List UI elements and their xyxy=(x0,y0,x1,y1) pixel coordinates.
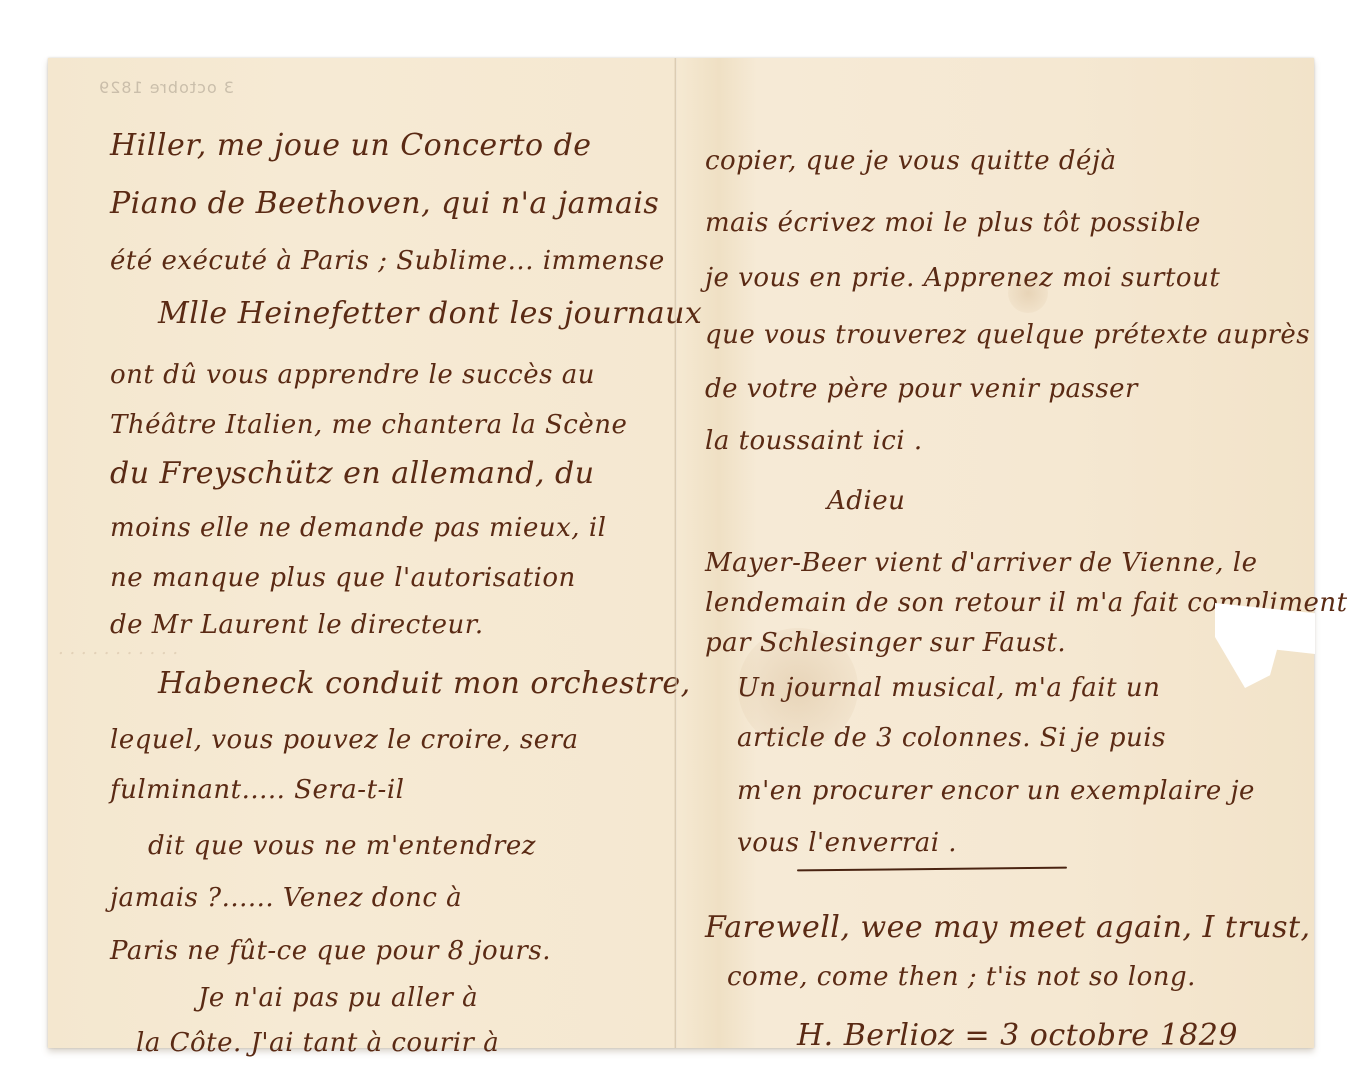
letter-line: Piano de Beethoven, qui n'a jamais xyxy=(110,186,659,221)
letter-line: été exécuté à Paris ; Sublime... immense xyxy=(110,246,665,276)
letter-line: ne manque plus que l'autorisation xyxy=(110,563,576,593)
bleed-through-text: . . . . . . . . . . . xyxy=(58,638,178,659)
letter-line: Théâtre Italien, me chantera la Scène xyxy=(110,410,627,440)
letter-line: par Schlesinger sur Faust. xyxy=(705,628,1066,658)
letter-line: copier, que je vous quitte déjà xyxy=(705,146,1116,176)
letter-line: de votre père pour venir passer xyxy=(705,374,1138,404)
letter-sheet: 3 octobre 1829 . . . . . . . . . . . Hil… xyxy=(48,58,1314,1048)
postscript-line: come, come then ; t'is not so long. xyxy=(727,962,1196,992)
letter-line: que vous trouverez quelque prétexte aupr… xyxy=(705,320,1310,350)
signature-date: H. Berlioz = 3 octobre 1829 xyxy=(797,1018,1238,1053)
letter-line: dit que vous ne m'entendrez xyxy=(148,831,536,861)
letter-line: la Côte. J'ai tant à courir à xyxy=(136,1028,499,1058)
letter-line: jamais ?...... Venez donc à xyxy=(110,883,462,913)
letter-line: la toussaint ici . xyxy=(705,426,923,456)
letter-line: Mayer-Beer vient d'arriver de Vienne, le xyxy=(705,548,1258,578)
letter-line: moins elle ne demande pas mieux, il xyxy=(110,513,606,543)
letter-line: article de 3 colonnes. Si je puis xyxy=(737,723,1166,753)
letter-line: lequel, vous pouvez le croire, sera xyxy=(110,725,579,755)
letter-line: Un journal musical, m'a fait un xyxy=(737,673,1160,703)
letter-line: ont dû vous apprendre le succès au xyxy=(110,360,595,390)
letter-line: Habeneck conduit mon orchestre, xyxy=(158,666,691,701)
left-page: 3 octobre 1829 . . . . . . . . . . . Hil… xyxy=(48,58,674,1048)
letter-line: vous l'enverrai . xyxy=(737,828,957,858)
letter-line: Hiller, me joue un Concerto de xyxy=(110,128,592,163)
letter-line: m'en procurer encor un exemplaire je xyxy=(737,776,1255,806)
right-page: copier, que je vous quitte déjà mais écr… xyxy=(677,58,1314,1048)
adieu-line: Adieu xyxy=(827,486,905,516)
letter-line: je vous en prie. Apprenez moi surtout xyxy=(705,263,1220,293)
letter-line: de Mr Laurent le directeur. xyxy=(110,610,484,640)
letter-line: Mlle Heinefetter dont les journaux xyxy=(158,296,702,331)
letter-line: du Freyschütz en allemand, du xyxy=(110,456,595,491)
separator-line xyxy=(797,867,1067,872)
letter-line: Je n'ai pas pu aller à xyxy=(198,983,478,1013)
postscript-line: Farewell, wee may meet again, I trust, xyxy=(705,910,1311,945)
letter-line: Paris ne fût-ce que pour 8 jours. xyxy=(110,936,551,966)
letter-line: fulminant..... Sera-t-il xyxy=(110,775,404,805)
pencil-annotation: 3 octobre 1829 xyxy=(98,78,234,97)
letter-line: mais écrivez moi le plus tôt possible xyxy=(705,208,1201,238)
